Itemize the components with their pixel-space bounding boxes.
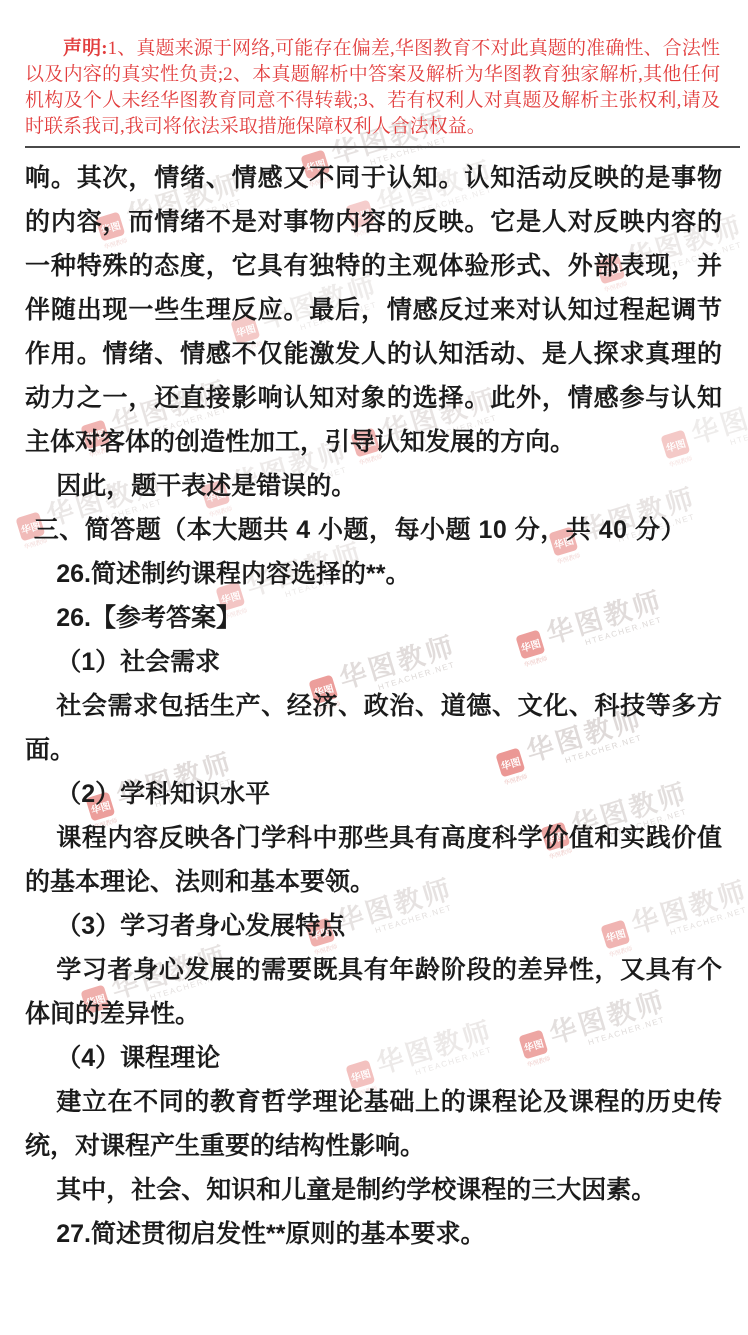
paragraph: 26.简述制约课程内容选择的**。: [25, 552, 722, 596]
separator-line: [25, 146, 740, 148]
paragraph: 响。其次，情绪、情感又不同于认知。认知活动反映的是事物的内容，而情绪不是对事物内…: [25, 156, 722, 464]
paragraph: （3）学习者身心发展特点: [25, 904, 722, 948]
document-page: 华图华图教师华图教师HTEACHER.NET华图华图教师华图教师HTEACHER…: [0, 0, 748, 1335]
paragraph: 27.简述贯彻启发性**原则的基本要求。: [25, 1212, 722, 1256]
paragraph: （2）学科知识水平: [25, 772, 722, 816]
paragraph: 其中，社会、知识和儿童是制约学校课程的三大因素。: [25, 1168, 722, 1212]
paragraph: 社会需求包括生产、经济、政治、道德、文化、科技等多方面。: [25, 684, 722, 772]
paragraph: 建立在不同的教育哲学理论基础上的课程论及课程的历史传统，对课程产生重要的结构性影…: [25, 1080, 722, 1168]
disclaimer-body: 1、真题来源于网络,可能存在偏差,华图教育不对此真题的准确性、合法性以及内容的真…: [25, 38, 720, 137]
section-heading: 三、简答题（本大题共 4 小题，每小题 10 分，共 40 分）: [25, 508, 722, 552]
paragraph: 课程内容反映各门学科中那些具有高度科学价值和实践价值的基本理论、法则和基本要领。: [25, 816, 722, 904]
paragraph: 学习者身心发展的需要既具有年龄阶段的差异性，又具有个体间的差异性。: [25, 948, 722, 1036]
disclaimer-label: 声明:: [63, 38, 108, 59]
document-body: 响。其次，情绪、情感又不同于认知。认知活动反映的是事物的内容，而情绪不是对事物内…: [25, 156, 722, 1256]
paragraph: 26.【参考答案】: [25, 596, 722, 640]
paragraph: 因此，题干表述是错误的。: [25, 464, 722, 508]
paragraph: （1）社会需求: [25, 640, 722, 684]
document-content: 声明:1、真题来源于网络,可能存在偏差,华图教育不对此真题的准确性、合法性以及内…: [0, 36, 748, 1256]
disclaimer-text: 声明:1、真题来源于网络,可能存在偏差,华图教育不对此真题的准确性、合法性以及内…: [25, 36, 720, 140]
paragraph: （4）课程理论: [25, 1036, 722, 1080]
